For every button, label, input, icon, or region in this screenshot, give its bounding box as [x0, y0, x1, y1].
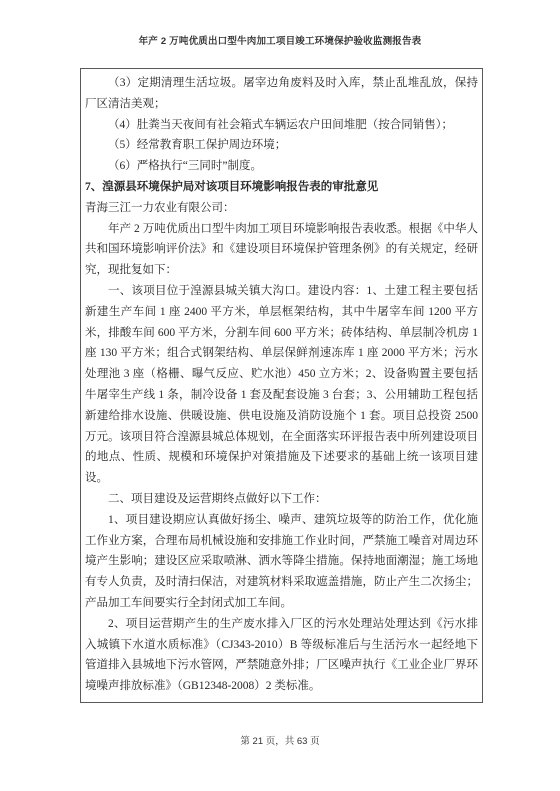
para-salutation: 青海三江一力农业有限公司：: [85, 198, 478, 219]
para-intro: 年产 2 万吨优质出口型牛肉加工项目环境影响报告表收悉。根据《中华人共和国环境影…: [85, 219, 478, 281]
section-7-heading: 7、湟源县环境保护局对该项目环境影响报告表的审批意见: [85, 177, 478, 198]
document-page: 年产 2 万吨优质出口型牛肉加工项目竣工环境保护验收监测报告表 （3）定期清理生…: [0, 0, 560, 791]
para-item-3: （3）定期清理生活垃圾。屠宰边角废料及时入库，禁止乱堆乱放，保持厂区清洁美观；: [85, 73, 478, 115]
content-table-cell: （3）定期清理生活垃圾。屠宰边角废料及时入库，禁止乱堆乱放，保持厂区清洁美观； …: [80, 68, 483, 703]
para-approval-two: 二、项目建设及运营期终点做好以下工作：: [85, 489, 478, 510]
para-work-one: 1、项目建设期应认真做好扬尘、噪声、建筑垃圾等的防治工作，优化施工作业方案，合理…: [85, 510, 478, 614]
para-item-4: （4）肚粪当天夜间有社会箱式车辆运农户田间堆肥（按合同销售）；: [85, 115, 478, 136]
para-approval-one: 一、该项目位于湟源县城关镇大沟口。建设内容：1、土建工程主要包括新建生产车间 1…: [85, 281, 478, 489]
para-work-two: 2、项目运营期产生的生产废水排入厂区的污水处理站处理达到《污水排入城镇下水道水质…: [85, 614, 478, 697]
page-number-footer: 第 21 页，共 63 页: [0, 733, 560, 747]
para-item-6: （6）严格执行“三同时”制度。: [85, 156, 478, 177]
para-item-5: （5）经常教育职工保护周边环境；: [85, 135, 478, 156]
document-header-title: 年产 2 万吨优质出口型牛肉加工项目竣工环境保护验收监测报告表: [0, 33, 560, 47]
